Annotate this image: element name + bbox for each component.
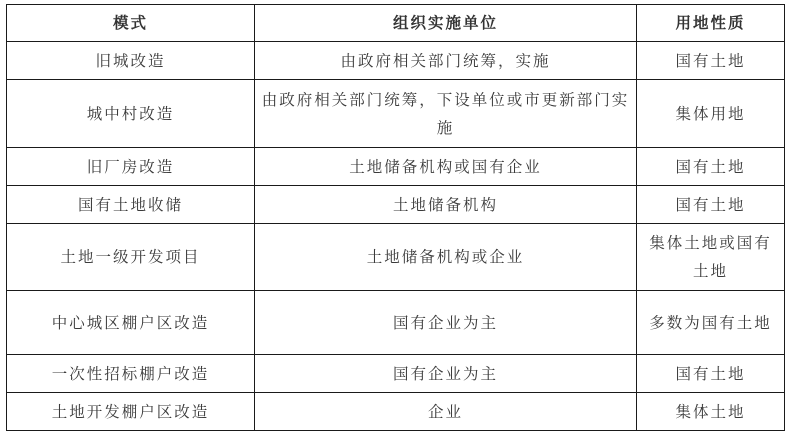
cell-mode: 一次性招标棚户改造 <box>7 355 255 393</box>
cell-unit: 国有企业为主 <box>255 355 637 393</box>
cell-mode: 国有土地收储 <box>7 186 255 224</box>
cell-unit: 国有企业为主 <box>255 291 637 355</box>
cell-land: 集体土地或国有土地 <box>637 224 785 291</box>
cell-land: 集体土地 <box>637 393 785 431</box>
cell-mode: 城中村改造 <box>7 80 255 148</box>
cell-unit: 由政府相关部门统筹，下设单位或市更新部门实施 <box>255 80 637 148</box>
cell-land: 集体用地 <box>637 80 785 148</box>
header-land-nature: 用地性质 <box>637 5 785 42</box>
cell-land: 国有土地 <box>637 148 785 186</box>
cell-land: 国有土地 <box>637 186 785 224</box>
land-development-mode-table: 模式 组织实施单位 用地性质 旧城改造 由政府相关部门统筹，实施 国有土地 城中… <box>6 4 785 431</box>
cell-unit: 企业 <box>255 393 637 431</box>
cell-unit: 土地储备机构或国有企业 <box>255 148 637 186</box>
header-mode: 模式 <box>7 5 255 42</box>
table-row: 旧厂房改造 土地储备机构或国有企业 国有土地 <box>7 148 785 186</box>
cell-land: 多数为国有土地 <box>637 291 785 355</box>
table-row: 土地开发棚户区改造 企业 集体土地 <box>7 393 785 431</box>
header-implementing-unit: 组织实施单位 <box>255 5 637 42</box>
cell-mode: 旧城改造 <box>7 42 255 80</box>
table-row: 旧城改造 由政府相关部门统筹，实施 国有土地 <box>7 42 785 80</box>
cell-mode: 土地开发棚户区改造 <box>7 393 255 431</box>
table-row: 国有土地收储 土地储备机构 国有土地 <box>7 186 785 224</box>
table-row: 一次性招标棚户改造 国有企业为主 国有土地 <box>7 355 785 393</box>
table-row: 城中村改造 由政府相关部门统筹，下设单位或市更新部门实施 集体用地 <box>7 80 785 148</box>
cell-mode: 中心城区棚户区改造 <box>7 291 255 355</box>
cell-land: 国有土地 <box>637 355 785 393</box>
cell-mode: 土地一级开发项目 <box>7 224 255 291</box>
cell-unit: 土地储备机构 <box>255 186 637 224</box>
cell-unit: 由政府相关部门统筹，实施 <box>255 42 637 80</box>
header-row: 模式 组织实施单位 用地性质 <box>7 5 785 42</box>
cell-unit: 土地储备机构或企业 <box>255 224 637 291</box>
cell-land: 国有土地 <box>637 42 785 80</box>
table-row: 土地一级开发项目 土地储备机构或企业 集体土地或国有土地 <box>7 224 785 291</box>
table-row: 中心城区棚户区改造 国有企业为主 多数为国有土地 <box>7 291 785 355</box>
cell-mode: 旧厂房改造 <box>7 148 255 186</box>
